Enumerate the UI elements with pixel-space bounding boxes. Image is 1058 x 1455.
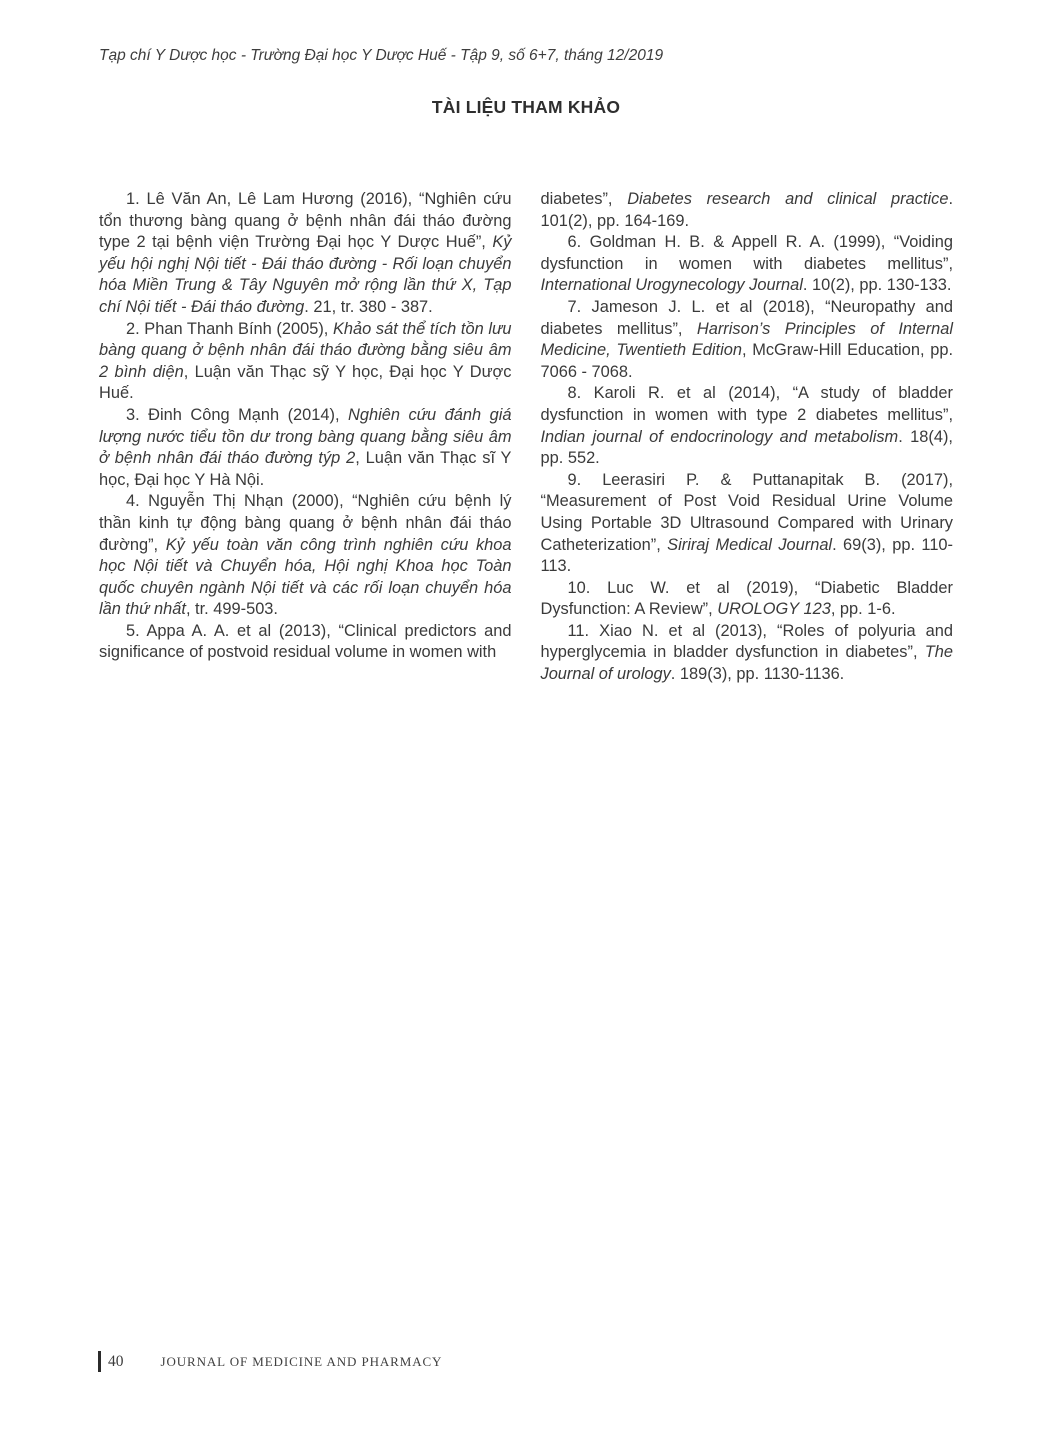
references-right-column: diabetes”, Diabetes research and clinica… <box>541 189 954 686</box>
reference-entry: 10. Luc W. et al (2019), “Diabetic Bladd… <box>541 578 954 621</box>
reference-entry: 4. Nguyễn Thị Nhạn (2000), “Nghiên cứu b… <box>99 491 512 621</box>
reference-entry: 7. Jameson J. L. et al (2018), “Neuropat… <box>541 297 954 383</box>
footer-bar-icon <box>98 1351 101 1372</box>
references-left-column: 1. Lê Văn An, Lê Lam Hương (2016), “Nghi… <box>99 189 512 686</box>
reference-entry: 6. Goldman H. B. & Appell R. A. (1999), … <box>541 232 954 297</box>
references-columns: 1. Lê Văn An, Lê Lam Hương (2016), “Nghi… <box>99 189 953 686</box>
journal-name: JOURNAL OF MEDICINE AND PHARMACY <box>161 1354 443 1370</box>
reference-entry: 8. Karoli R. et al (2014), “A study of b… <box>541 383 954 469</box>
reference-entry: 1. Lê Văn An, Lê Lam Hương (2016), “Nghi… <box>99 189 512 319</box>
reference-entry: 3. Đinh Công Mạnh (2014), Nghiên cứu đán… <box>99 405 512 491</box>
page-number: 40 <box>108 1353 124 1371</box>
journal-header: Tạp chí Y Dược học - Trường Đại học Y Dư… <box>99 47 953 65</box>
reference-entry: diabetes”, Diabetes research and clinica… <box>541 189 954 232</box>
reference-entry: 5. Appa A. A. et al (2013), “Clinical pr… <box>99 621 512 664</box>
reference-entry: 2. Phan Thanh Bính (2005), Khảo sát thể … <box>99 319 512 405</box>
section-title: TÀI LIỆU THAM KHẢO <box>99 97 953 118</box>
journal-page: Tạp chí Y Dược học - Trường Đại học Y Dư… <box>0 0 1058 1455</box>
reference-entry: 9. Leerasiri P. & Puttanapitak B. (2017)… <box>541 470 954 578</box>
page-footer: 40 JOURNAL OF MEDICINE AND PHARMACY <box>98 1351 442 1372</box>
reference-entry: 11. Xiao N. et al (2013), “Roles of poly… <box>541 621 954 686</box>
